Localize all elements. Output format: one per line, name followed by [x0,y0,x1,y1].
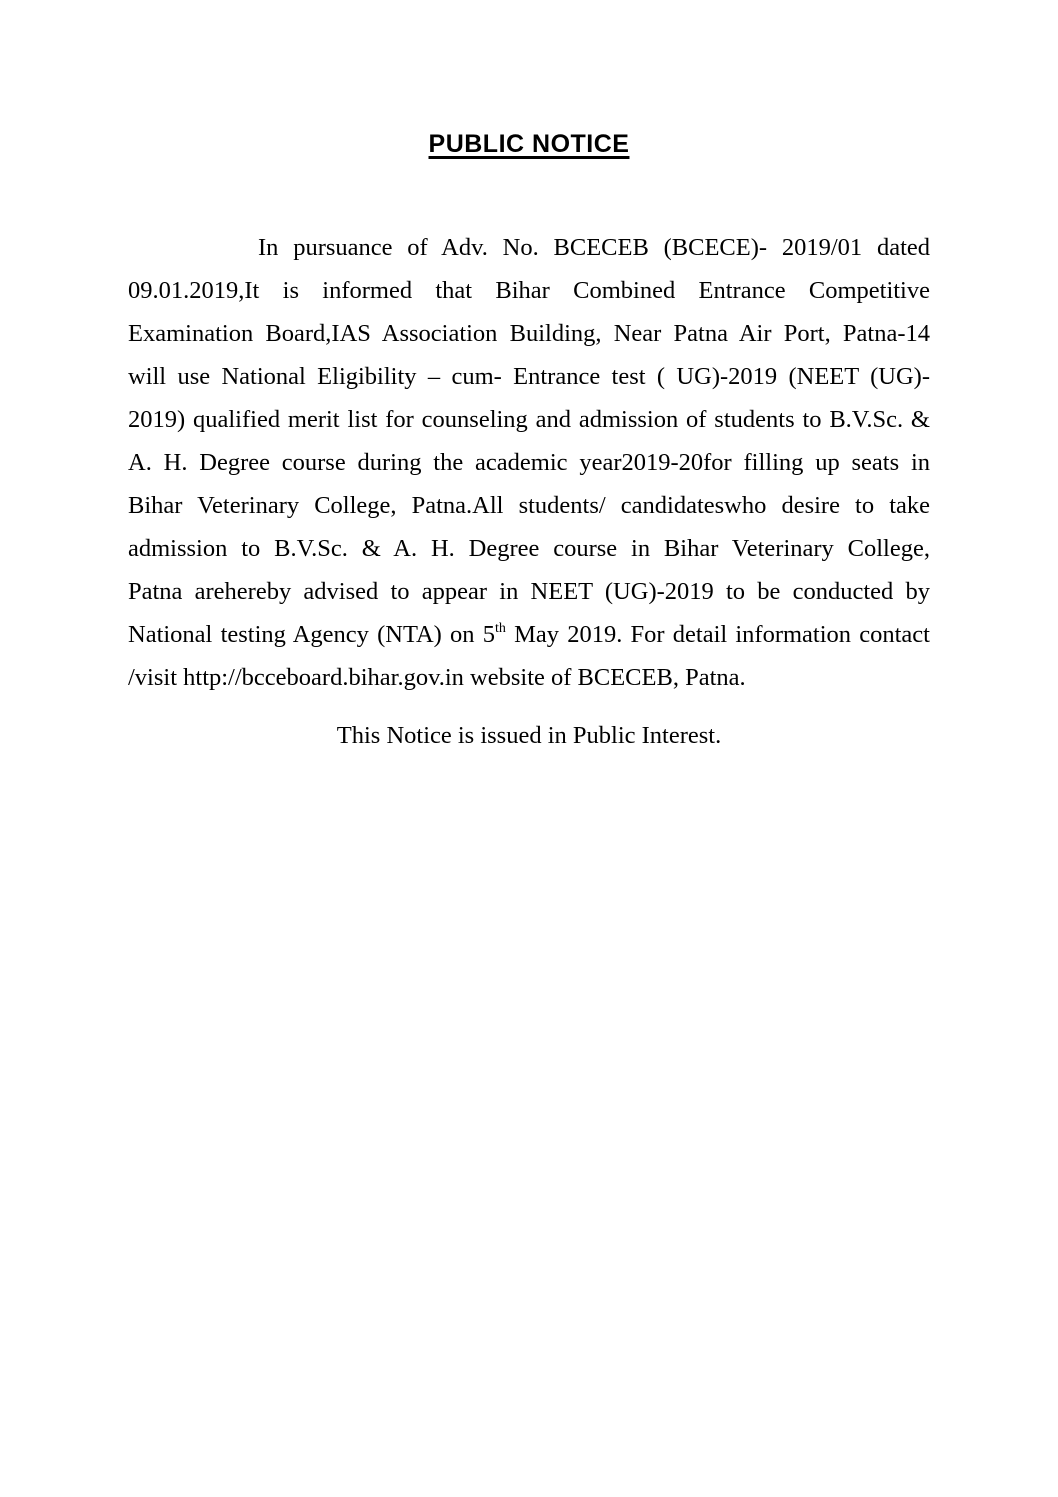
body-line: In pursuance of Adv. No. BCECEB (BCECE)-… [128,226,930,269]
ordinal-suffix: th [495,621,506,636]
document-page: PUBLIC NOTICE In pursuance of Adv. No. B… [0,0,1058,1497]
body-line: National testing Agency (NTA) on 5th May… [128,613,930,656]
body-line: 2019) qualified merit list for counselin… [128,398,930,441]
body-line: A. H. Degree course during the academic … [128,441,930,484]
body-line: Examination Board,IAS Association Buildi… [128,312,930,355]
body-line: Patna arehereby advised to appear in NEE… [128,570,930,613]
notice-body: In pursuance of Adv. No. BCECEB (BCECE)-… [128,226,930,699]
body-line-part: National testing Agency (NTA) on 5 [128,621,495,648]
body-line: 09.01.2019,It is informed that Bihar Com… [128,269,930,312]
body-line: admission to B.V.Sc. & A. H. Degree cour… [128,527,930,570]
notice-title-text: PUBLIC NOTICE [429,130,630,158]
body-line: Bihar Veterinary College, Patna.All stud… [128,484,930,527]
closing-statement: This Notice is issued in Public Interest… [0,718,1058,754]
body-line: will use National Eligibility – cum- Ent… [128,355,930,398]
body-line-part: May 2019. For detail information contact [506,621,930,648]
body-line-website: /visit http://bcceboard.bihar.gov.in web… [128,656,930,699]
notice-title: PUBLIC NOTICE [0,130,1058,159]
